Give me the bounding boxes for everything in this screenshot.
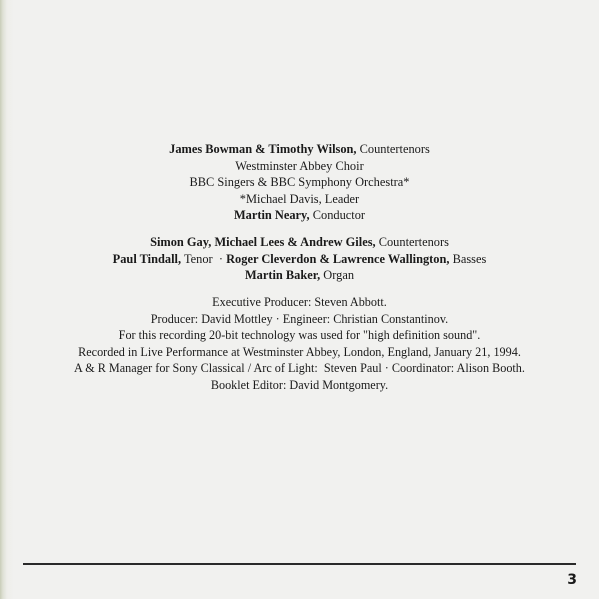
performer-role: Basses [449, 252, 486, 266]
production-line: Booklet Editor: David Montgomery. [0, 377, 599, 394]
performer-role: Organ [320, 268, 354, 282]
production-line: Recorded in Live Performance at Westmins… [0, 344, 599, 361]
credit-line: *Michael Davis, Leader [0, 191, 599, 208]
ensemble-credits: James Bowman & Timothy Wilson, Counterte… [0, 141, 599, 224]
credit-line: Westminster Abbey Choir [0, 158, 599, 175]
credit-line: Martin Neary, Conductor [0, 207, 599, 224]
performer-role: Conductor [310, 208, 365, 222]
production-credits: Executive Producer: Steven Abbott. Produ… [0, 294, 599, 394]
performer-names: Roger Cleverdon & Lawrence Wallington, [226, 252, 449, 266]
credit-line: James Bowman & Timothy Wilson, Counterte… [0, 141, 599, 158]
production-line: A & R Manager for Sony Classical / Arc o… [0, 360, 599, 377]
credit-line: BBC Singers & BBC Symphony Orchestra* [0, 174, 599, 191]
production-line: Producer: David Mottley · Engineer: Chri… [0, 311, 599, 328]
performer-names: Martin Baker, [245, 268, 320, 282]
performer-names: Paul Tindall, [113, 252, 181, 266]
booklet-page: James Bowman & Timothy Wilson, Counterte… [0, 0, 599, 599]
footer-rule [23, 563, 576, 565]
performer-role: Tenor · [181, 252, 226, 266]
credit-line: Paul Tindall, Tenor · Roger Cleverdon & … [0, 251, 599, 268]
performer-names: Simon Gay, Michael Lees & Andrew Giles, [150, 235, 376, 249]
soloist-credits: Simon Gay, Michael Lees & Andrew Giles, … [0, 234, 599, 284]
performer-names: Martin Neary, [234, 208, 310, 222]
credit-line: Martin Baker, Organ [0, 267, 599, 284]
performer-names: James Bowman & Timothy Wilson, [169, 142, 356, 156]
production-line: Executive Producer: Steven Abbott. [0, 294, 599, 311]
performer-role: Countertenors [376, 235, 449, 249]
performer-role: Countertenors [357, 142, 430, 156]
page-number: 3 [567, 572, 577, 588]
production-line: For this recording 20-bit technology was… [0, 327, 599, 344]
credit-line: Simon Gay, Michael Lees & Andrew Giles, … [0, 234, 599, 251]
